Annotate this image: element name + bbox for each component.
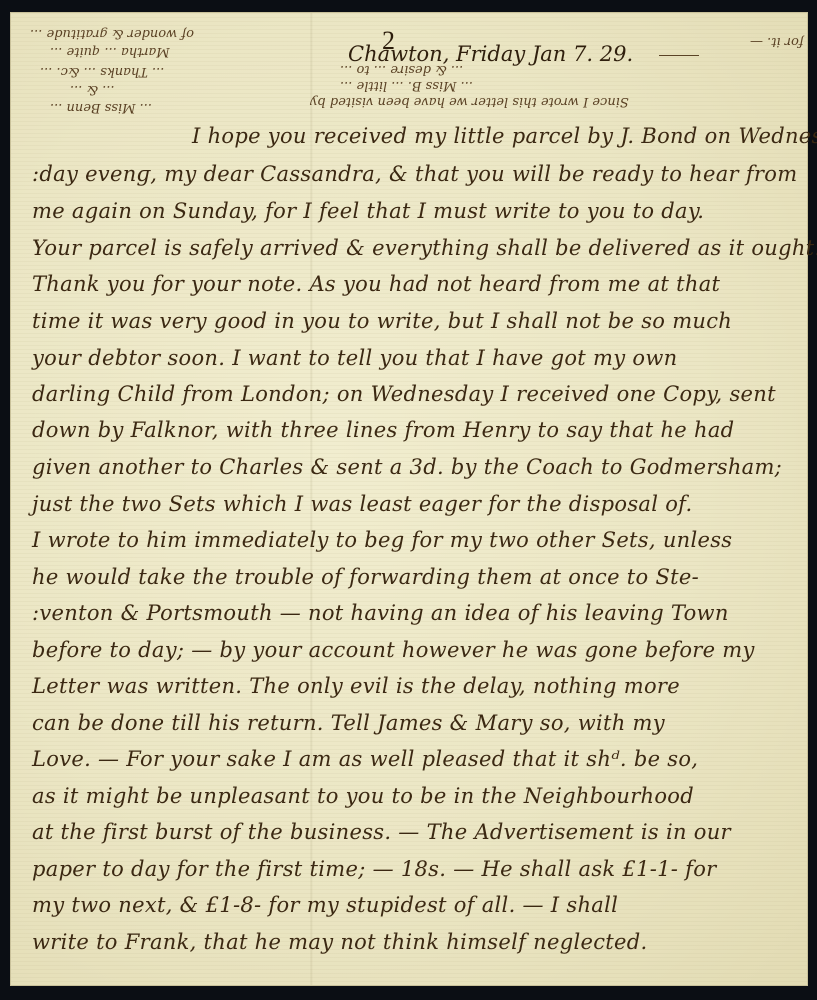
letter-line: your debtor soon. I want to tell you tha… <box>32 346 677 370</box>
letter-line: I wrote to him immediately to beg for my… <box>32 528 732 552</box>
letter-line: as it might be unpleasant to you to be i… <box>32 784 694 808</box>
letter-line: :venton & Portsmouth — not having an ide… <box>32 601 729 625</box>
letter-line: I hope you received my little parcel by … <box>192 124 817 148</box>
letter-line: just the two Sets which I was least eage… <box>32 492 692 516</box>
inverted-line: ... Miss Benn ... <box>50 100 152 115</box>
letter-line: Thank you for your note. As you had not … <box>32 272 720 296</box>
manuscript-page: 2 Chawton, Friday Jan 7. 29. of wonder &… <box>10 12 808 986</box>
inverted-line: ... Thanks ... &c. ... <box>40 64 164 79</box>
letter-line: write to Frank, that he may not think hi… <box>32 930 647 954</box>
letter-line: Your parcel is safely arrived & everythi… <box>32 236 817 260</box>
letter-line: can be done till his return. Tell James … <box>32 711 665 735</box>
letter-line: paper to day for the first time; — 18s. … <box>32 857 717 881</box>
letter-line: given another to Charles & sent a 3d. by… <box>32 455 782 479</box>
inverted-line: Martha ... quite ... <box>50 44 170 59</box>
letter-line: before to day; — by your account however… <box>32 638 755 662</box>
inverted-line: ... & ... <box>70 82 115 97</box>
letter-line: my two next, & £1-8- for my stupidest of… <box>32 893 618 917</box>
letter-line: Letter was written. The only evil is the… <box>32 674 680 698</box>
inverted-line: ... & desire ... to ... <box>340 62 463 77</box>
inverted-line: Since I wrote this letter we have been v… <box>310 94 629 109</box>
inverted-line: of wonder & gratitude ... <box>30 26 194 41</box>
letter-line: darling Child from London; on Wednesday … <box>32 382 776 406</box>
letter-line: me again on Sunday, for I feel that I mu… <box>32 199 704 223</box>
letter-line: down by Falknor, with three lines from H… <box>32 418 734 442</box>
letter-line: :day evenɡ, my dear Cassandra, & that yo… <box>32 162 797 186</box>
inverted-line: for it. — <box>750 34 804 49</box>
letter-line: time it was very good in you to write, b… <box>32 309 732 333</box>
dateline-rule <box>659 55 699 56</box>
letter-line: he would take the trouble of forwarding … <box>32 565 699 589</box>
letter-line: Love. — For your sake I am as well pleas… <box>32 747 698 771</box>
letter-line: at the first burst of the business. — Th… <box>32 820 731 844</box>
inverted-line: ... Miss B. ... little ... <box>340 78 473 93</box>
